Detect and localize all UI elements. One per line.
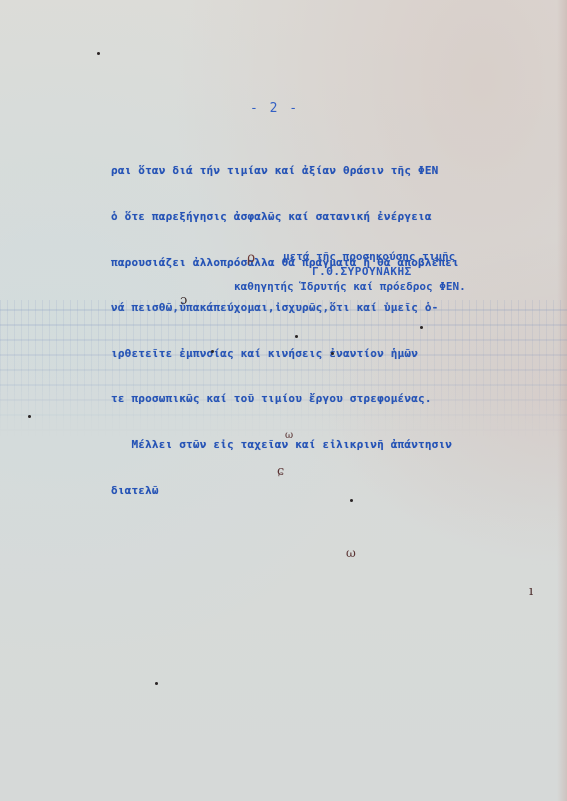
ink-mark: ω: [346, 546, 356, 560]
page-number: - 2 -: [250, 101, 299, 116]
ink-speck: [420, 326, 423, 329]
ink-speck: [155, 682, 158, 685]
ink-show-through: [0, 300, 567, 440]
ink-speck: [211, 350, 214, 353]
ink-mark: ɕ: [277, 464, 284, 479]
ink-mark: ɔ: [180, 293, 187, 308]
ink-mark: ω: [285, 430, 293, 441]
ink-mark: ı: [529, 584, 533, 599]
signature-title: καθηγητής Ἱδρυτής καί πρόεδρος ΦΕΝ.: [234, 280, 466, 293]
body-line: διατελῶ: [111, 483, 531, 498]
document-page: - 2 - ραι ὅταν διά τήν τιμίαν καί ἀξίαν …: [0, 0, 567, 801]
ink-speck: [97, 52, 100, 55]
ink-speck: [295, 335, 298, 338]
ink-speck: [28, 415, 31, 418]
ink-speck: [331, 352, 334, 355]
ink-speck: [350, 499, 353, 502]
body-line: ραι ὅταν διά τήν τιμίαν καί ἀξίαν θράσιν…: [111, 163, 531, 178]
signature-name: Γ.Θ.ΣΥΡΟΥΝΑΚΗΣ: [312, 265, 412, 278]
ink-mark: ρ: [247, 250, 255, 266]
signature-closing: μετά τῆς προσηκούσης τιμῆς: [283, 250, 455, 263]
body-line: ὁ ὅτε παρεξήγησις ἀσφαλῶς καί σατανική ἐ…: [111, 209, 531, 224]
